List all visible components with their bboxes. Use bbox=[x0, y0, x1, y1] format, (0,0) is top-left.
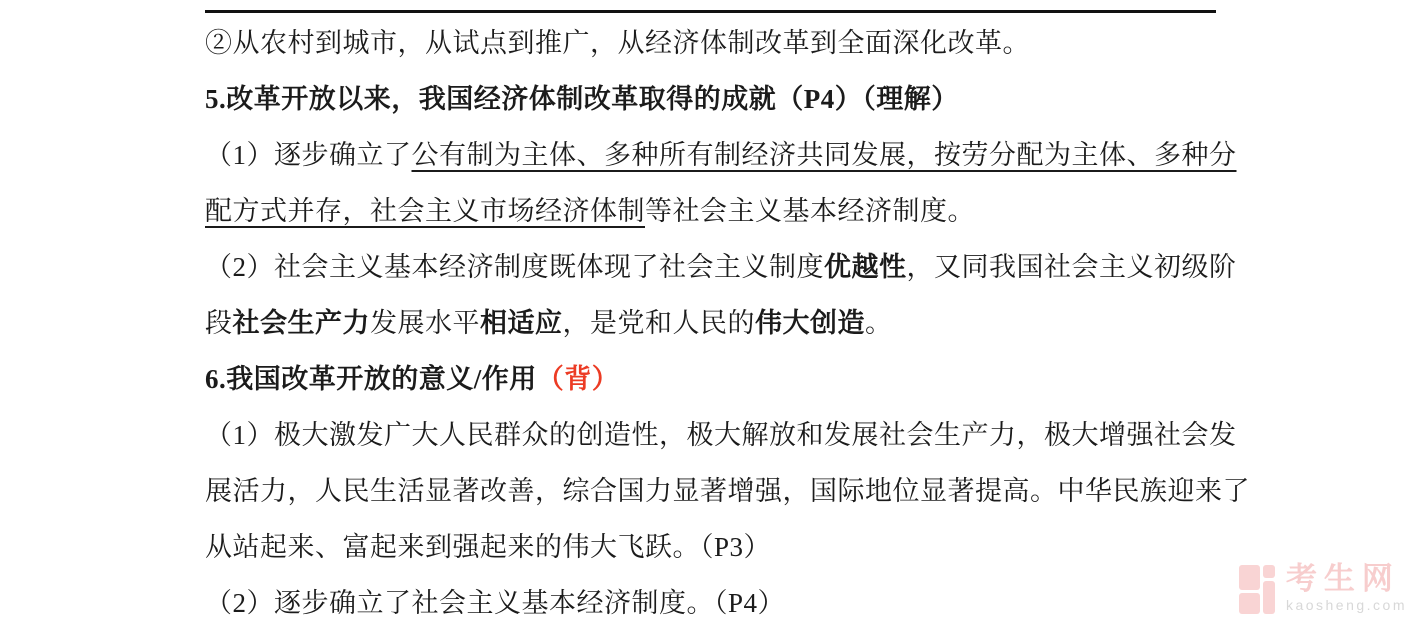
text-run: （1）极大激发广大人民群众的创造性，极大解放和发展社会生产力，极大增强社会发 bbox=[205, 420, 1237, 450]
logo-block bbox=[1239, 565, 1260, 590]
bold-text: 伟大创造 bbox=[755, 308, 865, 338]
text-run: 发展水平 bbox=[370, 308, 480, 338]
text-run: 段 bbox=[205, 308, 233, 338]
text-run: ，是党和人民的 bbox=[563, 308, 756, 338]
logo-block bbox=[1239, 593, 1260, 614]
text-line-7: 6.我国改革开放的意义/作用（背） bbox=[205, 351, 1265, 407]
bold-text: 社会生产力 bbox=[233, 308, 371, 338]
bold-text: 相适应 bbox=[480, 308, 563, 338]
bold-text: 5.改革开放以来，我国经济体制改革取得的成就（P4）（理解） bbox=[205, 84, 959, 114]
text-run: 等社会主义基本经济制度。 bbox=[645, 196, 975, 226]
text-line-8: （1）极大激发广大人民群众的创造性，极大解放和发展社会生产力，极大增强社会发 bbox=[205, 407, 1265, 463]
red-emphasis-text: （背） bbox=[537, 364, 620, 394]
watermark-brand: 考生网 bbox=[1286, 563, 1407, 594]
underlined-text: 公有制为主体、多种所有制经济共同发展，按劳分配为主体、多种分 bbox=[412, 140, 1237, 170]
logo-block bbox=[1263, 565, 1275, 578]
text-line-1: ②从农村到城市，从试点到推广，从经济体制改革到全面深化改革。 bbox=[205, 15, 1265, 71]
text-run: 展活力，人民生活显著改善，综合国力显著增强，国际地位显著提高。中华民族迎来了 bbox=[205, 476, 1250, 506]
text-run: 。 bbox=[865, 308, 893, 338]
text-run: （2）逐步确立了社会主义基本经济制度。（P4） bbox=[205, 588, 785, 618]
text-run: ，又同我国社会主义初级阶 bbox=[907, 252, 1237, 282]
bold-text: 优越性 bbox=[824, 252, 907, 282]
logo-block bbox=[1263, 581, 1275, 614]
watermark-text: 考生网 kaosheng.com bbox=[1286, 563, 1407, 612]
text-run: （2）社会主义基本经济制度既体现了社会主义制度 bbox=[205, 252, 824, 282]
text-run: （1）逐步确立了 bbox=[205, 140, 412, 170]
text-line-10: 从站起来、富起来到强起来的伟大飞跃。（P3） bbox=[205, 519, 1265, 575]
text-line-9: 展活力，人民生活显著改善，综合国力显著增强，国际地位显著提高。中华民族迎来了 bbox=[205, 463, 1265, 519]
document-body: ②从农村到城市，从试点到推广，从经济体制改革到全面深化改革。5.改革开放以来，我… bbox=[205, 15, 1265, 628]
header-rule bbox=[205, 10, 1216, 13]
text-line-5: （2）社会主义基本经济制度既体现了社会主义制度优越性，又同我国社会主义初级阶 bbox=[205, 239, 1265, 295]
watermark: 考生网 kaosheng.com bbox=[1239, 563, 1407, 614]
bold-text: 6.我国改革开放的意义/作用 bbox=[205, 364, 537, 394]
watermark-domain: kaosheng.com bbox=[1286, 598, 1407, 612]
text-run: ②从农村到城市，从试点到推广，从经济体制改革到全面深化改革。 bbox=[205, 28, 1030, 58]
text-line-4: 配方式并存，社会主义市场经济体制等社会主义基本经济制度。 bbox=[205, 183, 1265, 239]
text-run: 从站起来、富起来到强起来的伟大飞跃。（P3） bbox=[205, 532, 771, 562]
text-line-3: （1）逐步确立了公有制为主体、多种所有制经济共同发展，按劳分配为主体、多种分 bbox=[205, 127, 1265, 183]
text-line-6: 段社会生产力发展水平相适应，是党和人民的伟大创造。 bbox=[205, 295, 1265, 351]
underlined-text: 配方式并存，社会主义市场经济体制 bbox=[205, 196, 645, 226]
text-line-11: （2）逐步确立了社会主义基本经济制度。（P4） bbox=[205, 575, 1265, 628]
kaosheng-logo-icon bbox=[1239, 565, 1275, 614]
text-line-2: 5.改革开放以来，我国经济体制改革取得的成就（P4）（理解） bbox=[205, 71, 1265, 127]
document-page: ②从农村到城市，从试点到推广，从经济体制改革到全面深化改革。5.改革开放以来，我… bbox=[0, 0, 1420, 628]
